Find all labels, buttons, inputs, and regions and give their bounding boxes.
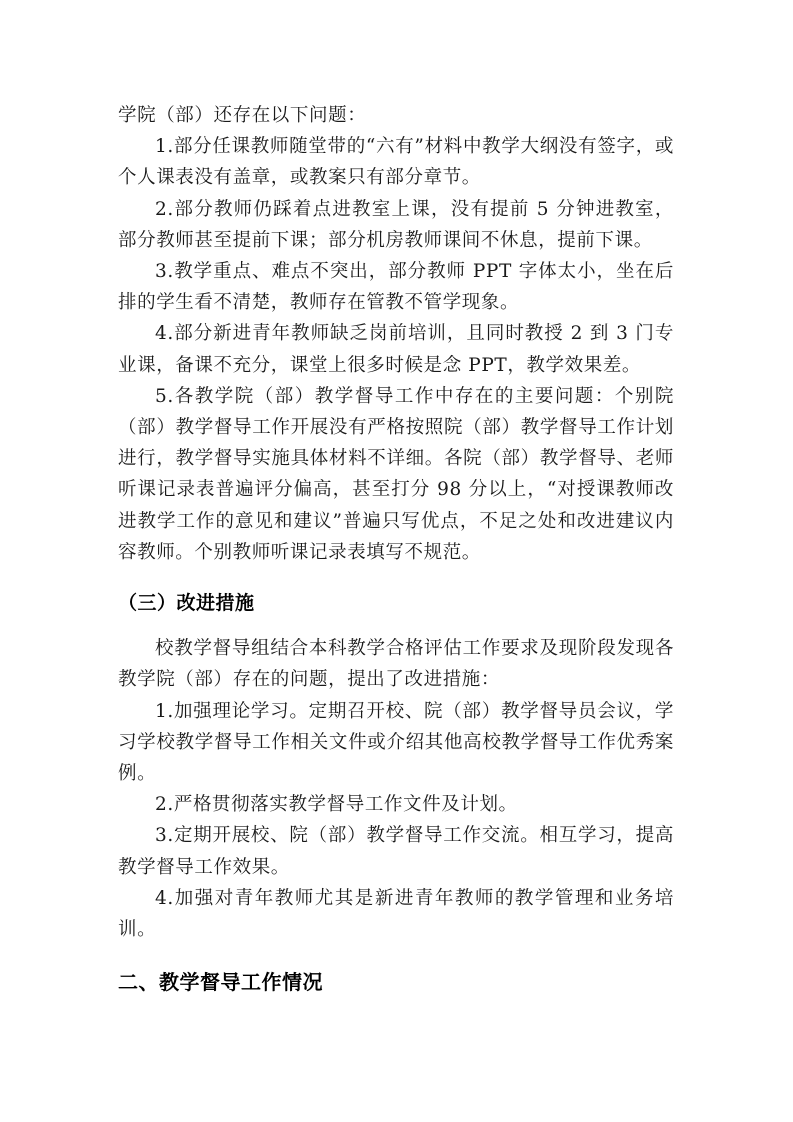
- measure-item-3: 3.定期开展校、院（部）教学督导工作交流。相互学习，提高教学督导工作效果。: [118, 820, 674, 882]
- measures-intro: 校教学督导组结合本科教学合格评估工作要求及现阶段发现各教学院（部）存在的问题，提…: [118, 633, 674, 695]
- measure-item-1: 1.加强理论学习。定期召开校、院（部）教学督导员会议，学习学校教学督导工作相关文…: [118, 696, 674, 790]
- problem-item-1: 1.部分任课教师随堂带的“六有”材料中教学大纲没有签字，或个人课表没有盖章，或教…: [118, 131, 674, 193]
- document-page: 学院（部）还存在以下问题： 1.部分任课教师随堂带的“六有”材料中教学大纲没有签…: [118, 100, 674, 998]
- section-heading-supervision-work: 二、教学督导工作情况: [118, 967, 674, 998]
- problem-item-2: 2.部分教师仍踩着点进教室上课，没有提前 5 分钟进教室，部分教师甚至提前下课；…: [118, 194, 674, 256]
- section-heading-improvement-measures: （三）改进措施: [118, 588, 674, 619]
- problem-item-4: 4.部分新进青年教师缺乏岗前培训，且同时教授 2 到 3 门专业课，备课不充分，…: [118, 318, 674, 380]
- measure-item-2: 2.严格贯彻落实教学督导工作文件及计划。: [118, 789, 674, 820]
- problem-item-5: 5.各教学院（部）教学督导工作中存在的主要问题：个别院（部）教学督导工作开展没有…: [118, 381, 674, 568]
- measure-item-4: 4.加强对青年教师尤其是新进青年教师的教学管理和业务培训。: [118, 883, 674, 945]
- problem-item-3: 3.教学重点、难点不突出，部分教师 PPT 字体太小，坐在后排的学生看不清楚，教…: [118, 256, 674, 318]
- intro-line: 学院（部）还存在以下问题：: [118, 100, 674, 131]
